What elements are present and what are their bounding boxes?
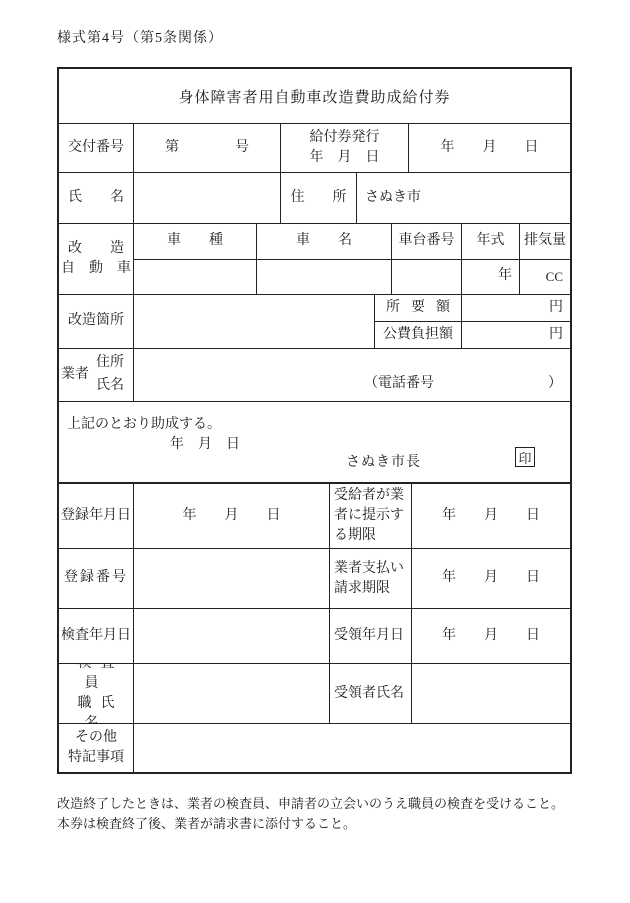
registration-date-label: 登録年月日 — [59, 484, 134, 548]
remarks-row: その他 特記事項 — [59, 724, 570, 772]
modification-section: 改造箇所 所要額 円 公費負担額 円 — [59, 295, 570, 349]
vendor-label: 業者 住所 氏名 — [59, 349, 134, 401]
receipt-date-label: 受領年月日 — [330, 609, 412, 663]
chassis-number-value — [392, 260, 462, 295]
issue-date-label: 給付券発行 年 月 日 — [281, 124, 409, 172]
name-address-row: 氏 名 住 所 さぬき市 — [59, 173, 570, 224]
required-amount-row: 所要額 円 — [375, 295, 570, 322]
remarks-label: その他 特記事項 — [59, 724, 134, 772]
modification-detail — [134, 295, 375, 348]
vehicle-header-row: 車 種 車 名 車台番号 年式 排気量 — [134, 224, 570, 260]
voucher-table: 身体障害者用自動車改造費助成給付券 交付番号 第 号 給付券発行 年 月 日 年… — [57, 67, 572, 774]
remarks-value — [134, 724, 570, 772]
required-amount-label: 所要額 — [375, 295, 462, 321]
vendor-address-label: 住所 — [96, 354, 124, 373]
vehicle-value-row: 年 CC — [134, 260, 570, 295]
form-number: 様式第4号（第5条関係） — [57, 27, 223, 47]
public-cost-value: 円 — [462, 322, 570, 348]
vehicle-label: 改 造 自 動 車 — [59, 224, 134, 294]
registration-date-row: 登録年月日 年 月 日 受給者が業者に提示する期限 年 月 日 — [59, 484, 570, 549]
seal-mark: 印 — [515, 447, 535, 467]
address-value: さぬき市 — [357, 173, 570, 223]
vehicle-type-header: 車 種 — [134, 224, 257, 259]
vendor-value: （電話番号 ） — [134, 349, 570, 401]
payment-deadline-value: 年 月 日 — [412, 549, 570, 608]
issue-number-label: 交付番号 — [59, 124, 134, 172]
grant-date: 年 月 日 — [170, 433, 240, 453]
recipient-name-value — [412, 664, 570, 723]
footer-notes: 改造終了したときは、業者の検査員、申請者の立会いのうえ職員の検査を受けること。 … — [57, 794, 577, 834]
issue-number-value: 第 号 — [134, 124, 281, 172]
public-cost-label: 公費負担額 — [375, 322, 462, 348]
model-year-header: 年式 — [462, 224, 520, 259]
displacement-header: 排気量 — [520, 224, 570, 259]
present-deadline-label: 受給者が業者に提示する期限 — [330, 484, 412, 548]
registration-number-label: 登録番号 — [59, 549, 134, 608]
footer-note-line: 本券は検査終了後、業者が請求書に添付すること。 — [57, 814, 577, 834]
inspector-value — [134, 664, 330, 723]
chassis-number-header: 車台番号 — [392, 224, 462, 259]
vehicle-type-value — [134, 260, 257, 295]
grant-statement: 上記のとおり助成する。 — [67, 413, 221, 433]
vendor-row: 業者 住所 氏名 （電話番号 ） — [59, 349, 570, 402]
inspector-row: 検査員 職氏名 受領者氏名 — [59, 664, 570, 724]
modification-label: 改造箇所 — [59, 295, 134, 348]
title-row: 身体障害者用自動車改造費助成給付券 — [59, 69, 570, 124]
name-value — [134, 173, 281, 223]
recipient-name-label: 受領者氏名 — [330, 664, 412, 723]
mayor-signature: さぬき市長 — [346, 451, 421, 471]
receipt-date-value: 年 月 日 — [412, 609, 570, 663]
inspection-date-label: 検査年月日 — [59, 609, 134, 663]
payment-deadline-label: 業者支払い請求期限 — [330, 549, 412, 608]
required-amount-value: 円 — [462, 295, 570, 321]
issue-date-value: 年 月 日 — [409, 124, 570, 172]
inspection-date-value — [134, 609, 330, 663]
grant-statement-section: 上記のとおり助成する。 年 月 日 さぬき市長 印 — [59, 402, 570, 484]
public-cost-row: 公費負担額 円 — [375, 322, 570, 348]
vehicle-section: 改 造 自 動 車 車 種 車 名 車台番号 年式 排気量 年 CC — [59, 224, 570, 295]
model-year-value: 年 — [462, 260, 520, 295]
name-label: 氏 名 — [59, 173, 134, 223]
cost-grid: 所要額 円 公費負担額 円 — [375, 295, 570, 348]
address-label: 住 所 — [281, 173, 357, 223]
document-title: 身体障害者用自動車改造費助成給付券 — [59, 69, 570, 123]
issue-number-row: 交付番号 第 号 給付券発行 年 月 日 年 月 日 — [59, 124, 570, 173]
registration-number-value — [134, 549, 330, 608]
document-page: 様式第4号（第5条関係） 身体障害者用自動車改造費助成給付券 交付番号 第 号 … — [0, 0, 630, 903]
inspector-label: 検査員 職氏名 — [59, 664, 134, 723]
vehicle-grid: 車 種 車 名 車台番号 年式 排気量 年 CC — [134, 224, 570, 294]
footer-note-line: 改造終了したときは、業者の検査員、申請者の立会いのうえ職員の検査を受けること。 — [57, 794, 577, 814]
inspection-date-row: 検査年月日 受領年月日 年 月 日 — [59, 609, 570, 664]
registration-date-value: 年 月 日 — [134, 484, 330, 548]
present-deadline-value: 年 月 日 — [412, 484, 570, 548]
vehicle-name-value — [257, 260, 392, 295]
registration-number-row: 登録番号 業者支払い請求期限 年 月 日 — [59, 549, 570, 609]
phone-number-field: （電話番号 ） — [364, 375, 562, 394]
displacement-value: CC — [520, 260, 570, 295]
vehicle-name-header: 車 名 — [257, 224, 392, 259]
vendor-name-label: 氏名 — [96, 377, 124, 396]
